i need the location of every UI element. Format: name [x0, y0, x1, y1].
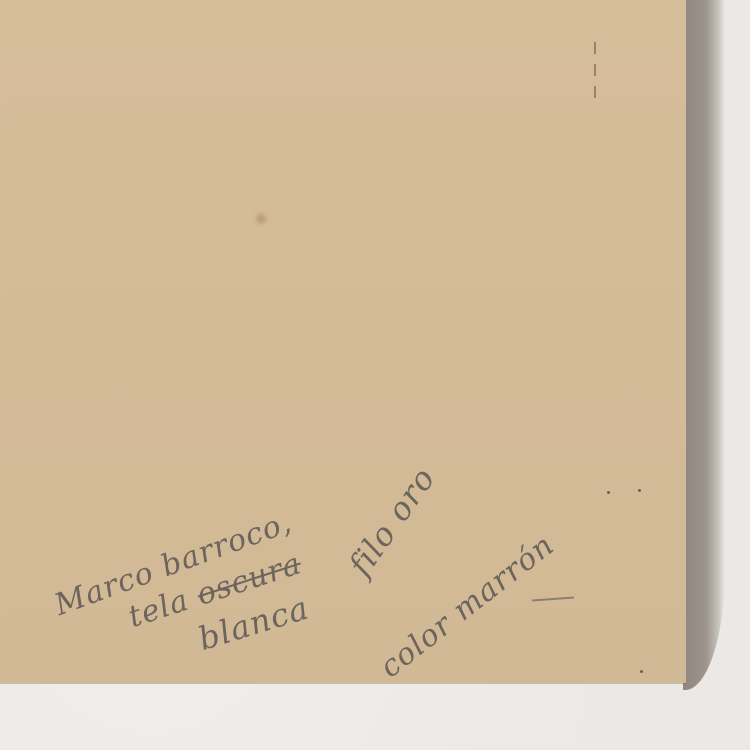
- pencil-dash-mark: [594, 42, 596, 104]
- handwriting-line-color-marron: color marrón: [373, 528, 561, 685]
- paper-sheet: Marco barroco, tela oscura blanca filo o…: [0, 0, 686, 683]
- paper-shadow: [683, 0, 725, 690]
- paper-stain: [256, 214, 266, 224]
- pencil-speck: [607, 491, 610, 494]
- paper-speck: [640, 670, 643, 673]
- pencil-speck: [638, 489, 641, 492]
- handwriting-line-filo-oro: filo oro: [341, 460, 443, 583]
- pencil-underline: [532, 597, 574, 602]
